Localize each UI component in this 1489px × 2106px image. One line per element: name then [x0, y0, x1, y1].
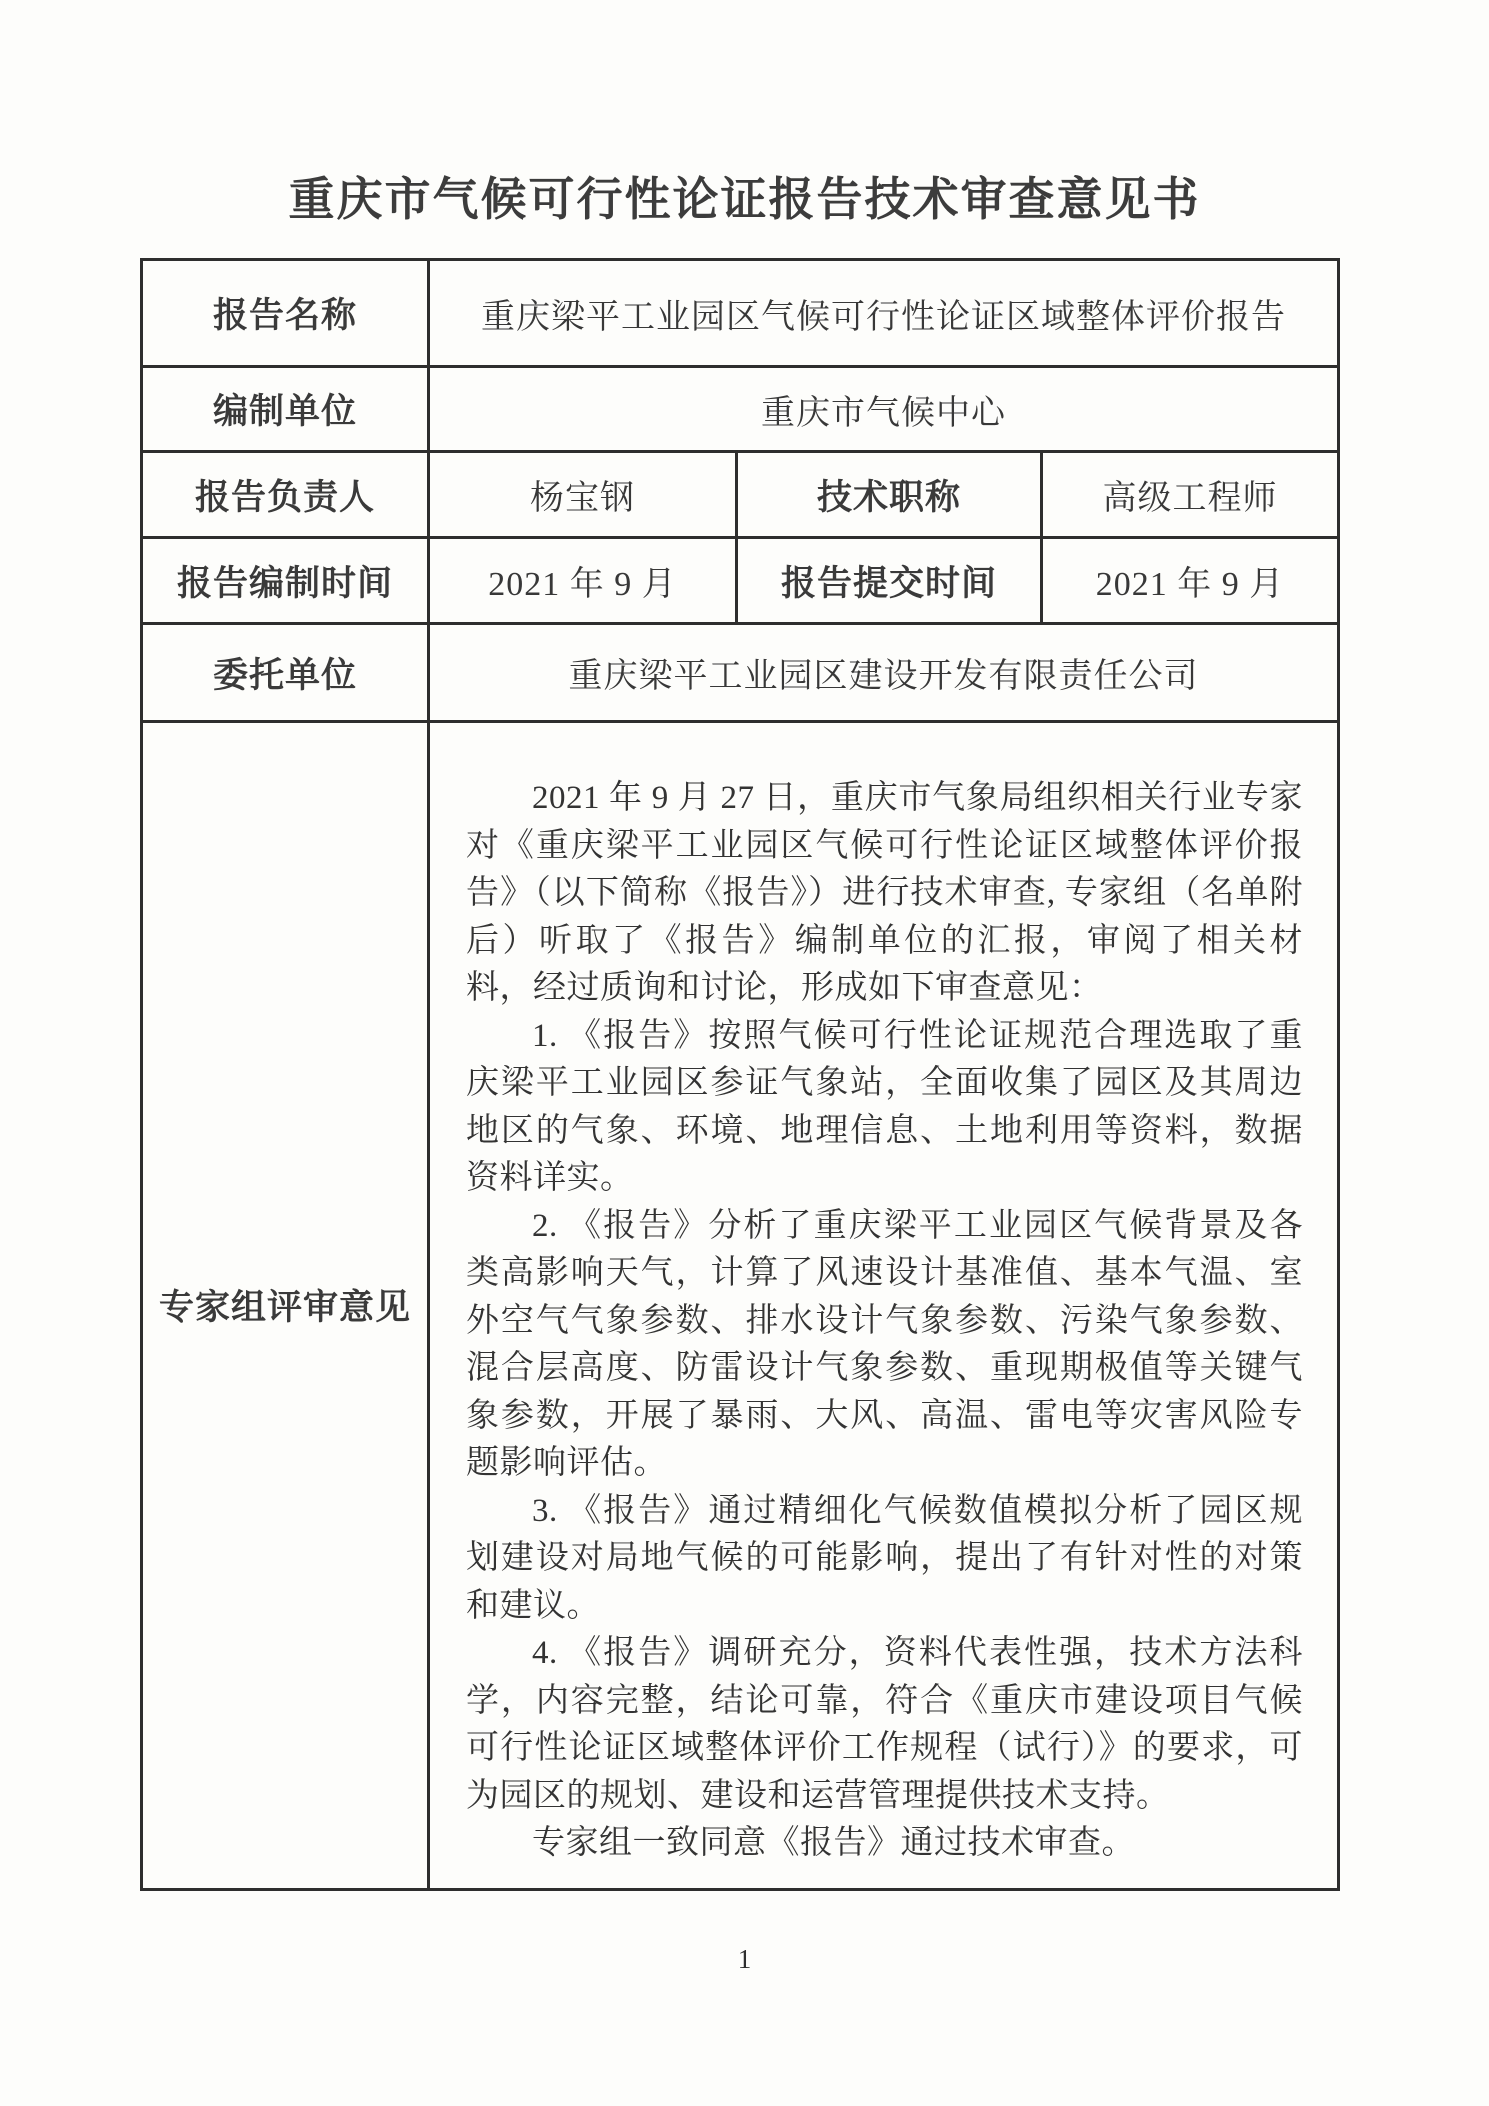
field-label-technical-title: 技术职称: [737, 452, 1042, 538]
field-value-submitted-date: 2021 年 9 月: [1042, 538, 1339, 624]
row-report-lead: 报告负责人 杨宝钢 技术职称 高级工程师: [142, 452, 1339, 538]
field-label-commissioned-by: 委托单位: [142, 624, 429, 722]
row-dates: 报告编制时间 2021 年 9 月 报告提交时间 2021 年 9 月: [142, 538, 1339, 624]
review-form-table: 报告名称 重庆梁平工业园区气候可行性论证区域整体评价报告 编制单位 重庆市气候中…: [140, 258, 1340, 1891]
opinion-paragraph-item-3: 3. 《报告》通过精细化气候数值模拟分析了园区规划建设对局地气候的可能影响，提出…: [466, 1488, 1303, 1631]
opinion-paragraph-conclusion: 专家组一致同意《报告》通过技术审查。: [466, 1820, 1303, 1868]
expert-opinion-text: 2021 年 9 月 27 日，重庆市气象局组织相关行业专家对《重庆梁平工业园区…: [438, 723, 1329, 1888]
row-expert-opinion: 专家组评审意见 2021 年 9 月 27 日，重庆市气象局组织相关行业专家对《…: [142, 722, 1339, 1890]
field-label-report-name: 报告名称: [142, 260, 429, 367]
opinion-paragraph-intro: 2021 年 9 月 27 日，重庆市气象局组织相关行业专家对《重庆梁平工业园区…: [466, 775, 1303, 1013]
opinion-paragraph-item-2: 2. 《报告》分析了重庆梁平工业园区气候背景及各类高影响天气，计算了风速设计基准…: [466, 1203, 1303, 1488]
field-value-report-lead: 杨宝钢: [429, 452, 737, 538]
page-number: 1: [0, 1944, 1489, 1975]
row-report-name: 报告名称 重庆梁平工业园区气候可行性论证区域整体评价报告: [142, 260, 1339, 367]
field-value-report-name: 重庆梁平工业园区气候可行性论证区域整体评价报告: [429, 260, 1339, 367]
row-commissioned-by: 委托单位 重庆梁平工业园区建设开发有限责任公司: [142, 624, 1339, 722]
field-value-prepared-date: 2021 年 9 月: [429, 538, 737, 624]
field-label-prepared-date: 报告编制时间: [142, 538, 429, 624]
field-label-report-lead: 报告负责人: [142, 452, 429, 538]
expert-opinion-cell: 2021 年 9 月 27 日，重庆市气象局组织相关行业专家对《重庆梁平工业园区…: [429, 722, 1339, 1890]
opinion-paragraph-item-4: 4. 《报告》调研充分，资料代表性强，技术方法科学，内容完整，结论可靠，符合《重…: [466, 1630, 1303, 1820]
field-label-prepared-by: 编制单位: [142, 367, 429, 452]
row-prepared-by: 编制单位 重庆市气候中心: [142, 367, 1339, 452]
page-title: 重庆市气候可行性论证报告技术审查意见书: [0, 163, 1489, 229]
field-label-submitted-date: 报告提交时间: [737, 538, 1042, 624]
opinion-paragraph-item-1: 1. 《报告》按照气候可行性论证规范合理选取了重庆梁平工业园区参证气象站，全面收…: [466, 1013, 1303, 1203]
field-label-expert-opinion: 专家组评审意见: [142, 722, 429, 1890]
field-value-prepared-by: 重庆市气候中心: [429, 367, 1339, 452]
field-value-technical-title: 高级工程师: [1042, 452, 1339, 538]
field-value-commissioned-by: 重庆梁平工业园区建设开发有限责任公司: [429, 624, 1339, 722]
